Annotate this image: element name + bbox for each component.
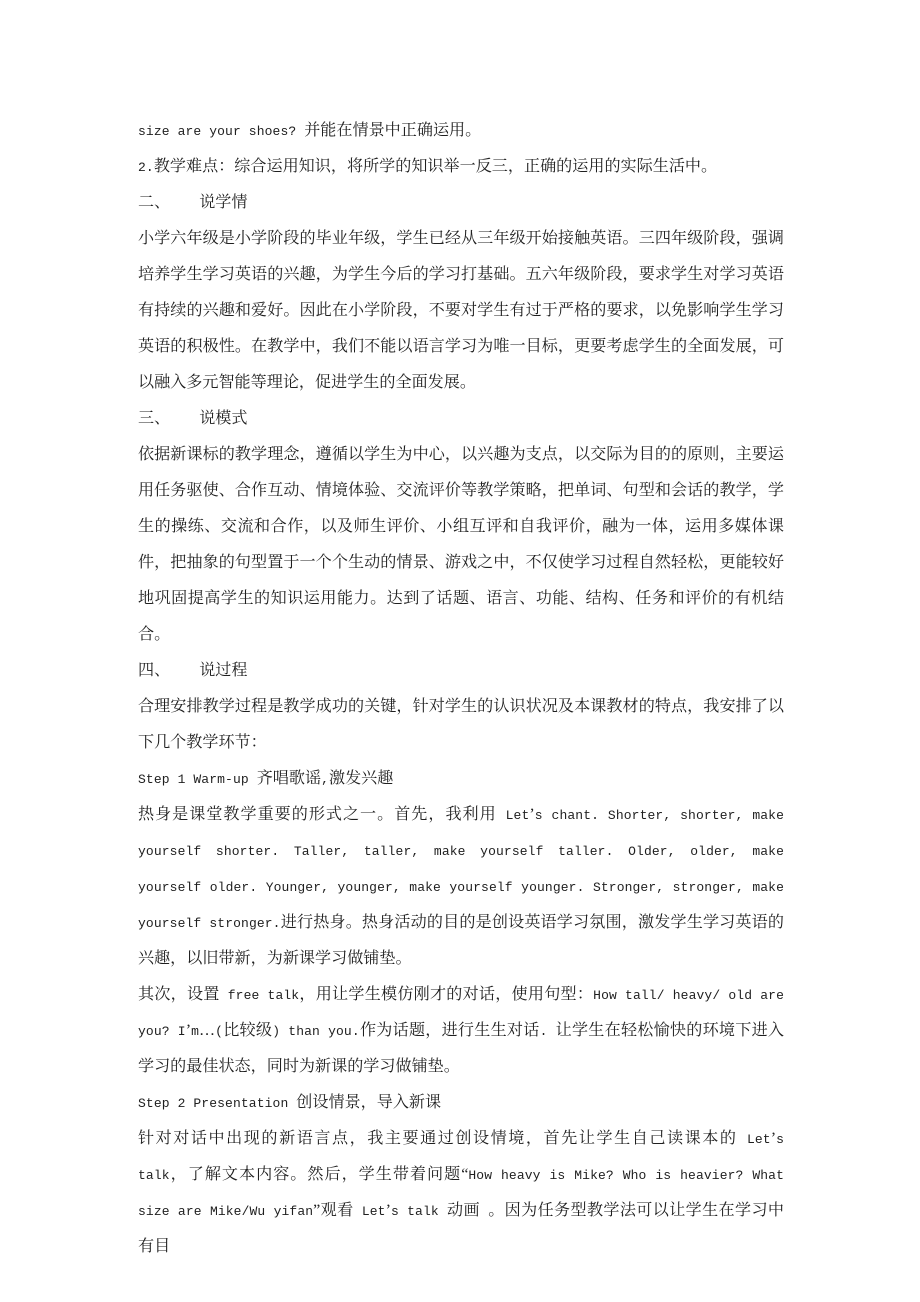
paragraph: 依据新课标的教学理念，遵循以学生为中心，以兴趣为支点，以交际为目的的原则，主要运…: [138, 438, 784, 654]
heading-number: 四、: [138, 664, 170, 679]
paragraph: 合理安排教学过程是教学成功的关键，针对学生的认识状况及本课教材的特点，我安排了以…: [138, 690, 784, 762]
paragraph: Step 1 Warm-up 齐唱歌谣,激发兴趣: [138, 762, 784, 798]
paragraph: size are your shoes? 并能在情景中正确运用。: [138, 114, 784, 150]
section-heading: 二、说学情: [138, 186, 784, 222]
paragraph: 针对对话中出现的新语言点，我主要通过创设情境，首先让学生自己读课本的 Let’s…: [138, 1122, 784, 1266]
paragraph: 其次，设置 free talk，用让学生模仿刚才的对话，使用句型：How tal…: [138, 978, 784, 1086]
paragraph: Step 2 Presentation 创设情景，导入新课: [138, 1086, 784, 1122]
paragraph: 热身是课堂教学重要的形式之一。首先，我利用 Let’s chant. Short…: [138, 798, 784, 978]
section-heading: 三、说模式: [138, 402, 784, 438]
heading-number: 三、: [138, 412, 170, 427]
section-heading: 四、说过程: [138, 654, 784, 690]
paragraph: 小学六年级是小学阶段的毕业年级，学生已经从三年级开始接触英语。三四年级阶段，强调…: [138, 222, 784, 402]
document-text: size are your shoes? 并能在情景中正确运用。2.教学难点：综…: [138, 114, 784, 1266]
heading-title: 说模式: [199, 412, 247, 427]
paragraph: 2.教学难点：综合运用知识，将所学的知识举一反三，正确的运用的实际生活中。: [138, 150, 784, 186]
heading-title: 说学情: [199, 196, 247, 211]
heading-number: 二、: [138, 196, 170, 211]
heading-title: 说过程: [199, 664, 247, 679]
document-page: size are your shoes? 并能在情景中正确运用。2.教学难点：综…: [0, 0, 920, 1302]
